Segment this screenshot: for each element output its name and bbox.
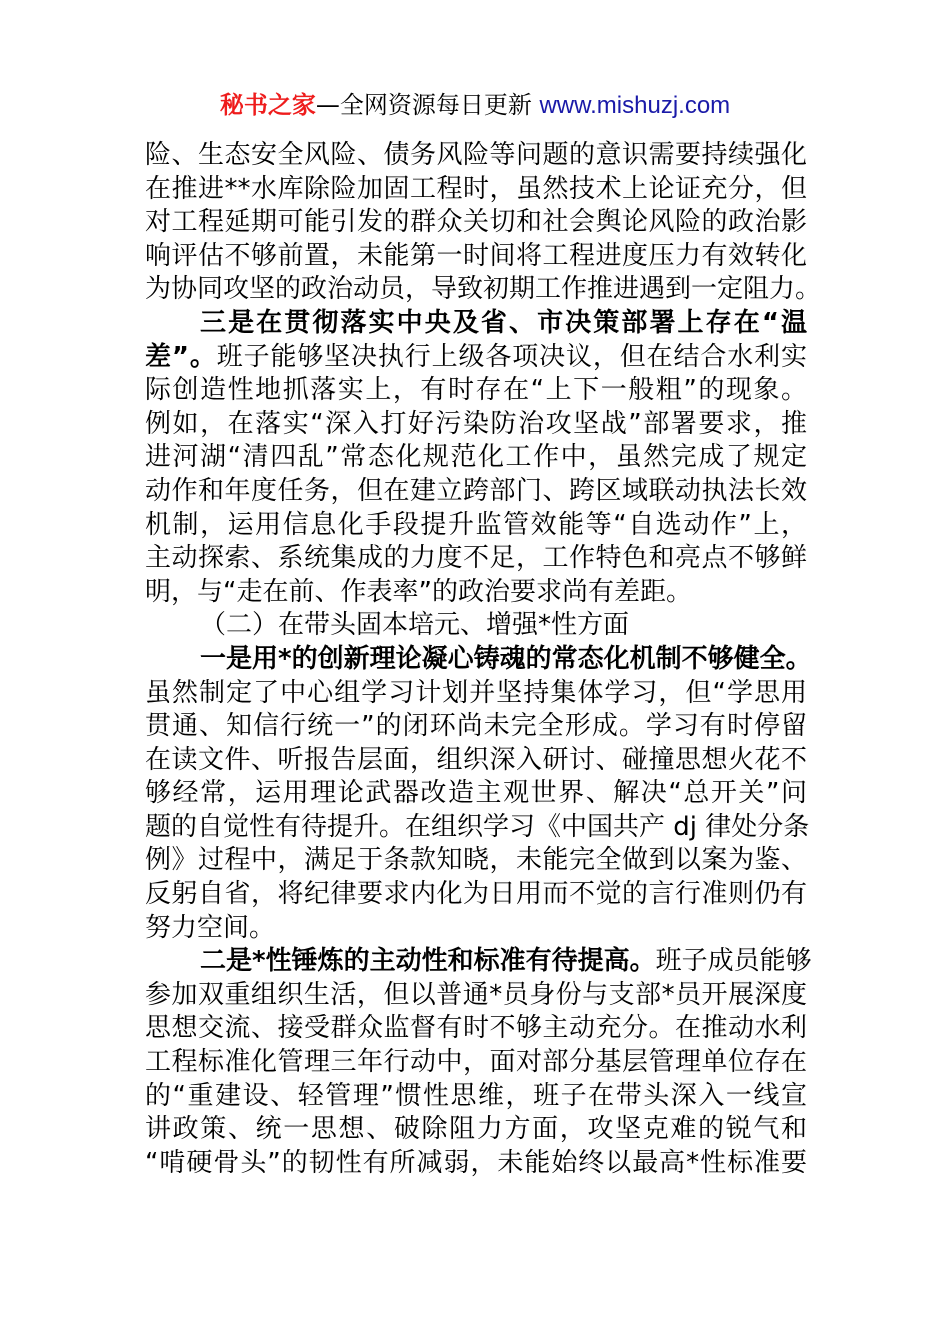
header-tagline: —全网资源每日更新 [316,91,540,119]
site-header: 秘书之家—全网资源每日更新 www.mishuzj.com [0,88,950,123]
paragraph-risk-awareness: 险、生态安全风险、债务风险等问题的意识需要持续强化 在推进**水库除险加固工程时… [145,139,807,307]
text-line: 工程标准化管理三年行动中，面对部分基层管理单位存在 [145,1046,807,1080]
document-body: 险、生态安全风险、债务风险等问题的意识需要持续强化 在推进**水库除险加固工程时… [145,139,807,1180]
paragraph-temperature-gap: 三是在贯彻落实中央及省、市决策部署上存在“温 差”。班子能够坚决执行上级各项决议… [145,307,807,609]
site-url-link[interactable]: www.mishuzj.com [539,92,730,119]
text-line: 际创造性地抓落实上，有时存在“上下一般粗”的现象。 [145,374,807,408]
section-heading: （二）在带头固本培元、增强*性方面 [145,609,807,643]
text-line: 进河湖“清四乱”常态化规范化工作中，虽然完成了规定 [145,441,807,475]
text-line: 虽然制定了中心组学习计划并坚持集体学习，但“学思用 [145,677,807,711]
paragraph-heading: 一是用*的创新理论凝心铸魂的常态化机制不够健全。 [145,643,807,677]
paragraph-party-spirit: 二是*性锤炼的主动性和标准有待提高。班子成员能够 参加双重组织生活，但以普通*员… [145,945,807,1180]
text-line: 思想交流、接受群众监督有时不够主动充分。在推动水利 [145,1012,807,1046]
text-line: 的“重建设、轻管理”惯性思维，班子在带头深入一线宣 [145,1080,807,1114]
text-line: 机制，运用信息化手段提升监管效能等“自选动作”上， [145,509,807,543]
text-line: 为协同攻坚的政治动员，导致初期工作推进遇到一定阻力。 [145,273,807,307]
text-line-rest: 班子成员能够 [656,946,812,976]
text-line: 对工程延期可能引发的群众关切和社会舆论风险的政治影 [145,206,807,240]
text-line: 例》过程中，满足于条款知晓，未能完全做到以案为鉴、 [145,844,807,878]
text-line: 在推进**水库除险加固工程时，虽然技术上论证充分，但 [145,173,807,207]
text-line: 够经常，运用理论武器改造主观世界、解决“总开关”问 [145,777,807,811]
text-line: “啃硬骨头”的韧性有所减弱，未能始终以最高*性标准要 [145,1147,807,1181]
paragraph-heading-continued: 差”。 [145,342,217,372]
paragraph-heading: 三是在贯彻落实中央及省、市决策部署上存在“温 [145,307,807,341]
text-line: 险、生态安全风险、债务风险等问题的意识需要持续强化 [145,139,807,173]
text-line: 二是*性锤炼的主动性和标准有待提高。班子成员能够 [145,945,807,979]
text-line: 努力空间。 [145,912,807,946]
text-line: 讲政策、统一思想、破除阻力方面，攻坚克难的锐气和 [145,1113,807,1147]
paragraph-heading: 二是*性锤炼的主动性和标准有待提高。 [200,946,656,976]
brand-name: 秘书之家 [220,91,316,119]
text-line: 贯通、知信行统一”的闭环尚未完全形成。学习有时停留 [145,710,807,744]
text-line: 差”。班子能够坚决执行上级各项决议，但在结合水利实 [145,341,807,375]
text-line-rest: 班子能够坚决执行上级各项决议，但在结合水利实 [217,342,807,372]
paragraph-theory-study: 一是用*的创新理论凝心铸魂的常态化机制不够健全。 虽然制定了中心组学习计划并坚持… [145,643,807,945]
text-line: 反躬自省，将纪律要求内化为日用而不觉的言行准则仍有 [145,878,807,912]
text-line: 主动探索、系统集成的力度不足，工作特色和亮点不够鲜 [145,542,807,576]
text-line: 例如，在落实“深入打好污染防治攻坚战”部署要求，推 [145,408,807,442]
text-line: 参加双重组织生活，但以普通*员身份与支部*员开展深度 [145,979,807,1013]
text-line: 在读文件、听报告层面，组织深入研讨、碰撞思想火花不 [145,744,807,778]
text-line: 题的自觉性有待提升。在组织学习《中国共产 dj 律处分条 [145,811,807,845]
text-line: 动作和年度任务，但在建立跨部门、跨区域联动执法长效 [145,475,807,509]
text-line: 响评估不够前置，未能第一时间将工程进度压力有效转化 [145,240,807,274]
text-line: 明，与“走在前、作表率”的政治要求尚有差距。 [145,576,807,610]
